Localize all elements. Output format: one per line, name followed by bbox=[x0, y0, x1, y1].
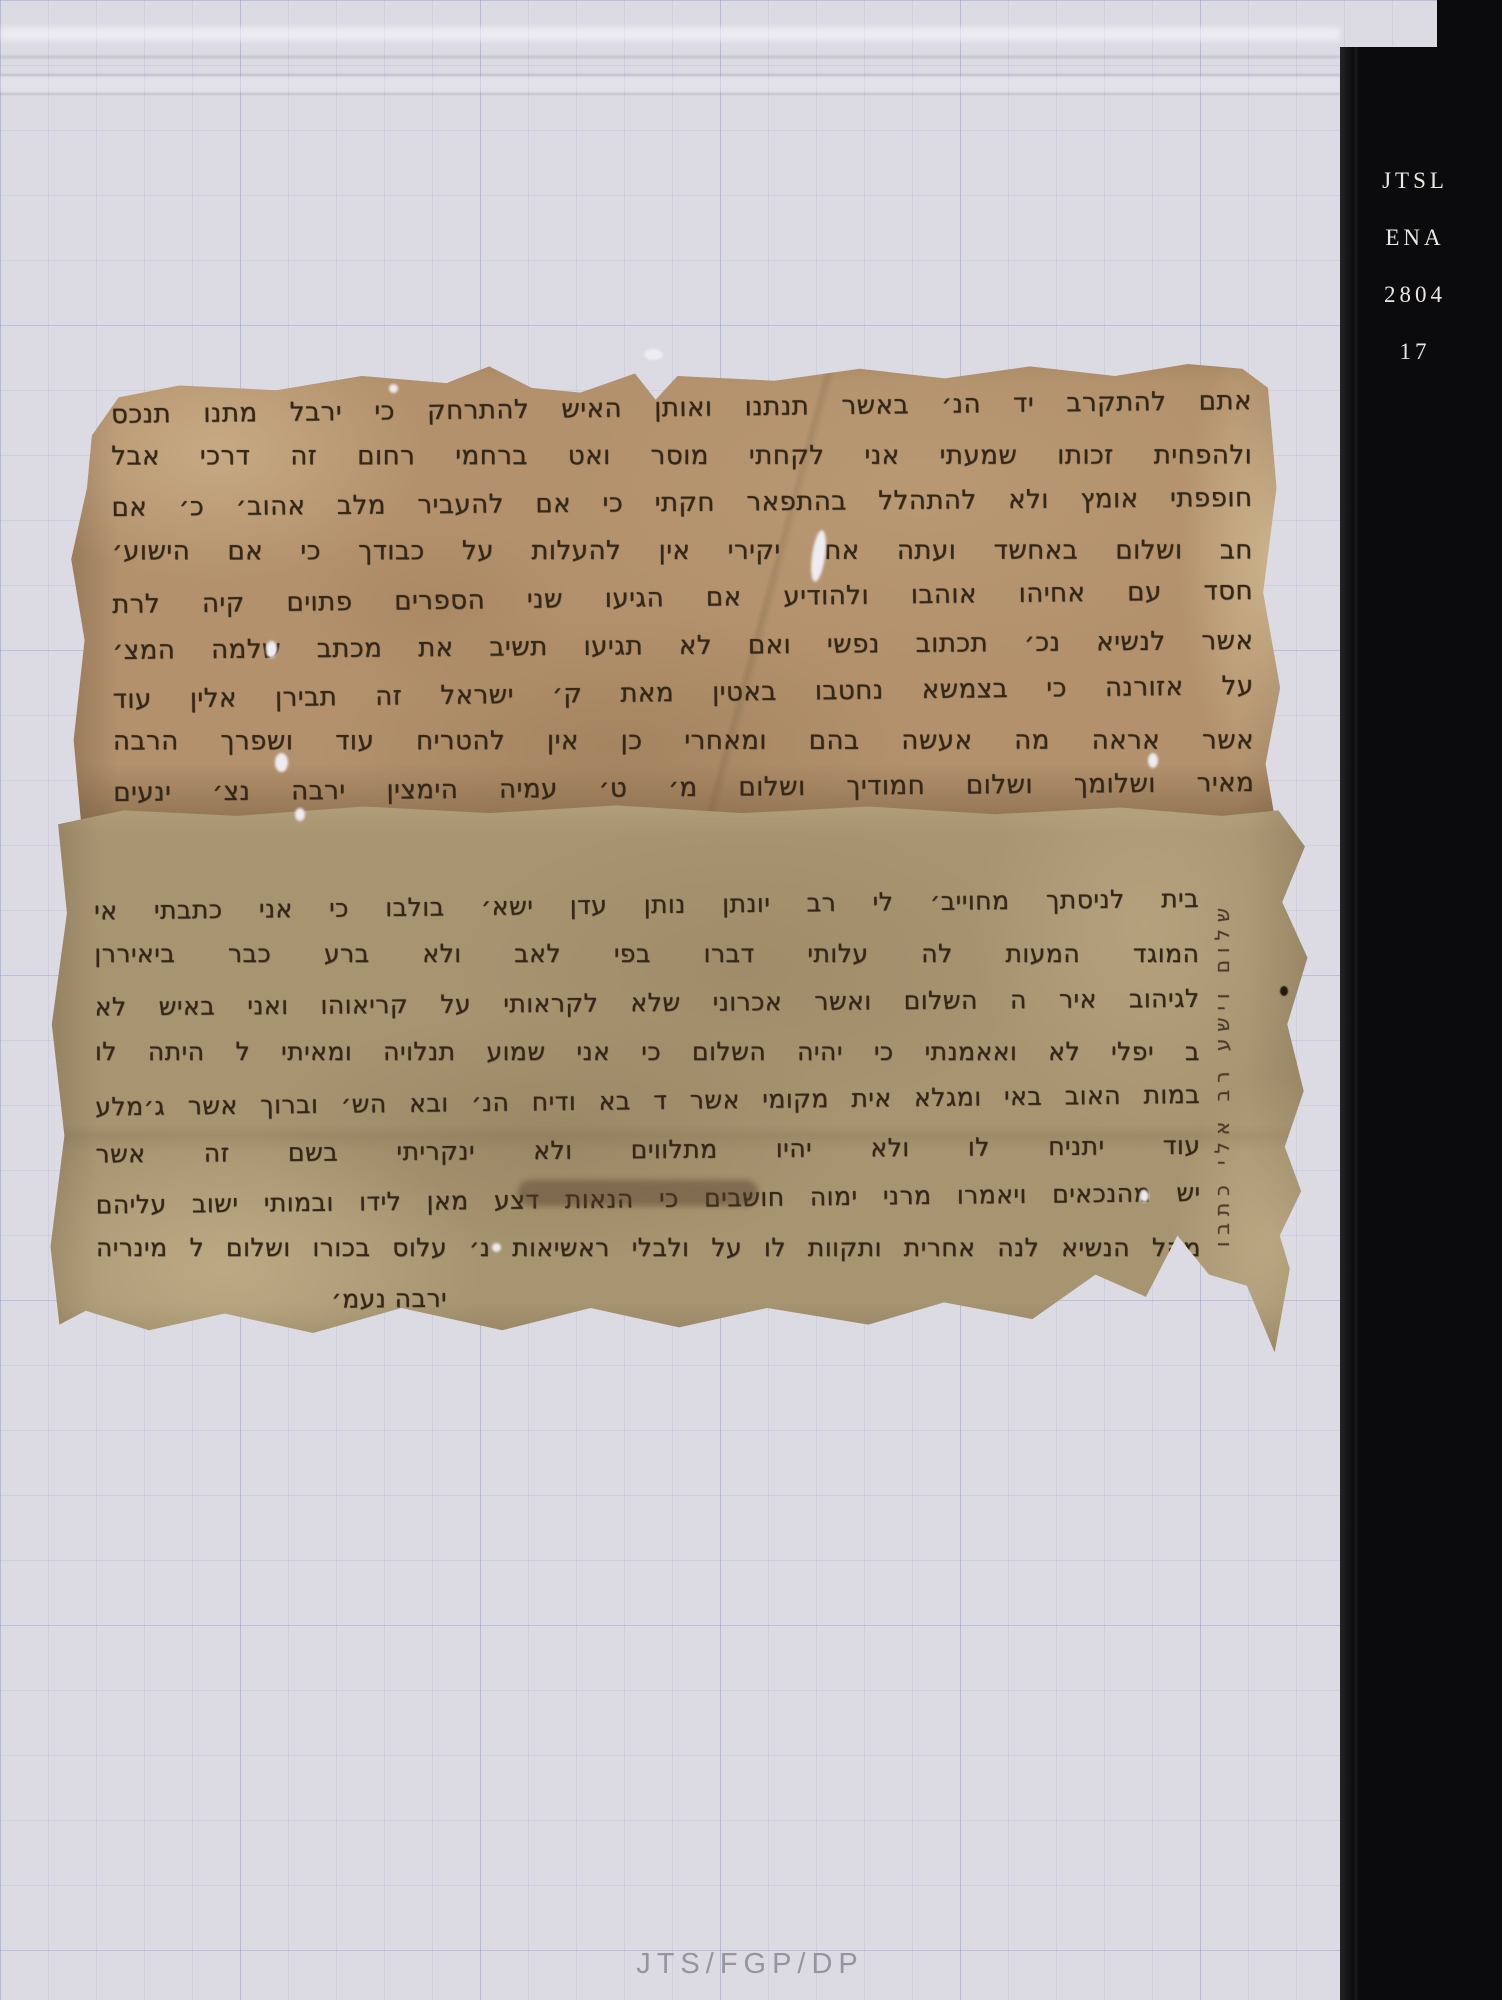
manuscript-text-line: לגיהוב איר ה השלום ואשר אכרוני שלא לקראו… bbox=[95, 974, 1200, 1032]
paper-hole bbox=[389, 384, 398, 393]
shelfmark-line: 17 bbox=[1340, 323, 1490, 380]
paper-hole bbox=[492, 1243, 501, 1252]
manuscript-signature-line: ירבה נעמ׳ bbox=[96, 1268, 1201, 1326]
paper-hole bbox=[1140, 1190, 1149, 1202]
manuscript-text-line: ב יפלי לא ואאמנתי כי יהיה השלום כי אני ש… bbox=[95, 1027, 1200, 1076]
manuscript-text-line: בית לניסתך מחוייב׳ לי רב יונתן נותן עדן … bbox=[94, 874, 1199, 936]
manuscript-lower-fragment: בית לניסתך מחוייב׳ לי רב יונתן נותן עדן … bbox=[48, 802, 1310, 1358]
glass-reflection-band bbox=[0, 27, 1340, 41]
glass-reflection-line bbox=[0, 93, 1340, 95]
photograph-page: אתם להתקרב יד הנ׳ באשר תנתנו ואותן האיש … bbox=[0, 0, 1502, 2000]
glass-reflection-line bbox=[0, 56, 1340, 58]
manuscript-text-line: מהל הנשיא לנה אחרית ותקוות לו על ולבלי ר… bbox=[96, 1223, 1201, 1272]
paper-hole bbox=[266, 641, 277, 658]
glass-reflection-line bbox=[0, 74, 1340, 76]
shelfmark-line: JTSL bbox=[1340, 152, 1490, 209]
lower-fragment-text-block: בית לניסתך מחוייב׳ לי רב יונתן נותן עדן … bbox=[47, 799, 1312, 1325]
upper-fragment-text-block: אתם להתקרב יד הנ׳ באשר תנתנו ואותן האיש … bbox=[69, 341, 1287, 816]
ink-blot bbox=[1280, 986, 1288, 996]
paper-hole bbox=[1148, 753, 1158, 768]
shelfmark-strip-corner bbox=[1437, 0, 1502, 47]
manuscript-text-line: חב ושלום באחשד ועתה אחי יקירי אין להעלות… bbox=[112, 527, 1253, 575]
glass-reflection-band bbox=[0, 76, 1340, 92]
shelfmark-line: 2804 bbox=[1340, 266, 1490, 323]
ink-smudge bbox=[518, 1180, 758, 1206]
shelfmark-strip: JTSL ENA 2804 17 bbox=[1340, 47, 1502, 2000]
digitization-watermark: JTS/FGP/DP bbox=[540, 1948, 960, 1981]
manuscript-text-line: המוגד המעות לה עלותי דברו בפי לאב ולא בר… bbox=[94, 929, 1199, 978]
shelfmark-line: ENA bbox=[1340, 209, 1490, 266]
margin-note-vertical: שלום וישע רב אלי כתבו bbox=[1210, 839, 1240, 1309]
manuscript-text-line: חופפתי אומץ ולא להתהלל בהתפאר חקתי כי אם… bbox=[111, 475, 1252, 532]
paper-hole bbox=[644, 349, 663, 360]
manuscript-text-line: אתם להתקרב יד הנ׳ באשר תנתנו ואותן האיש … bbox=[111, 378, 1252, 439]
paper-hole bbox=[295, 808, 305, 821]
manuscript-upper-fragment: אתם להתקרב יד הנ׳ באשר תנתנו ואותן האיש … bbox=[70, 345, 1285, 821]
manuscript-text-line: ולהפחית זכותו שמעתי אני לקחתי מוסר ואט ב… bbox=[111, 432, 1252, 480]
shelfmark-labels: JTSL ENA 2804 17 bbox=[1340, 152, 1490, 380]
paper-hole bbox=[275, 753, 288, 772]
